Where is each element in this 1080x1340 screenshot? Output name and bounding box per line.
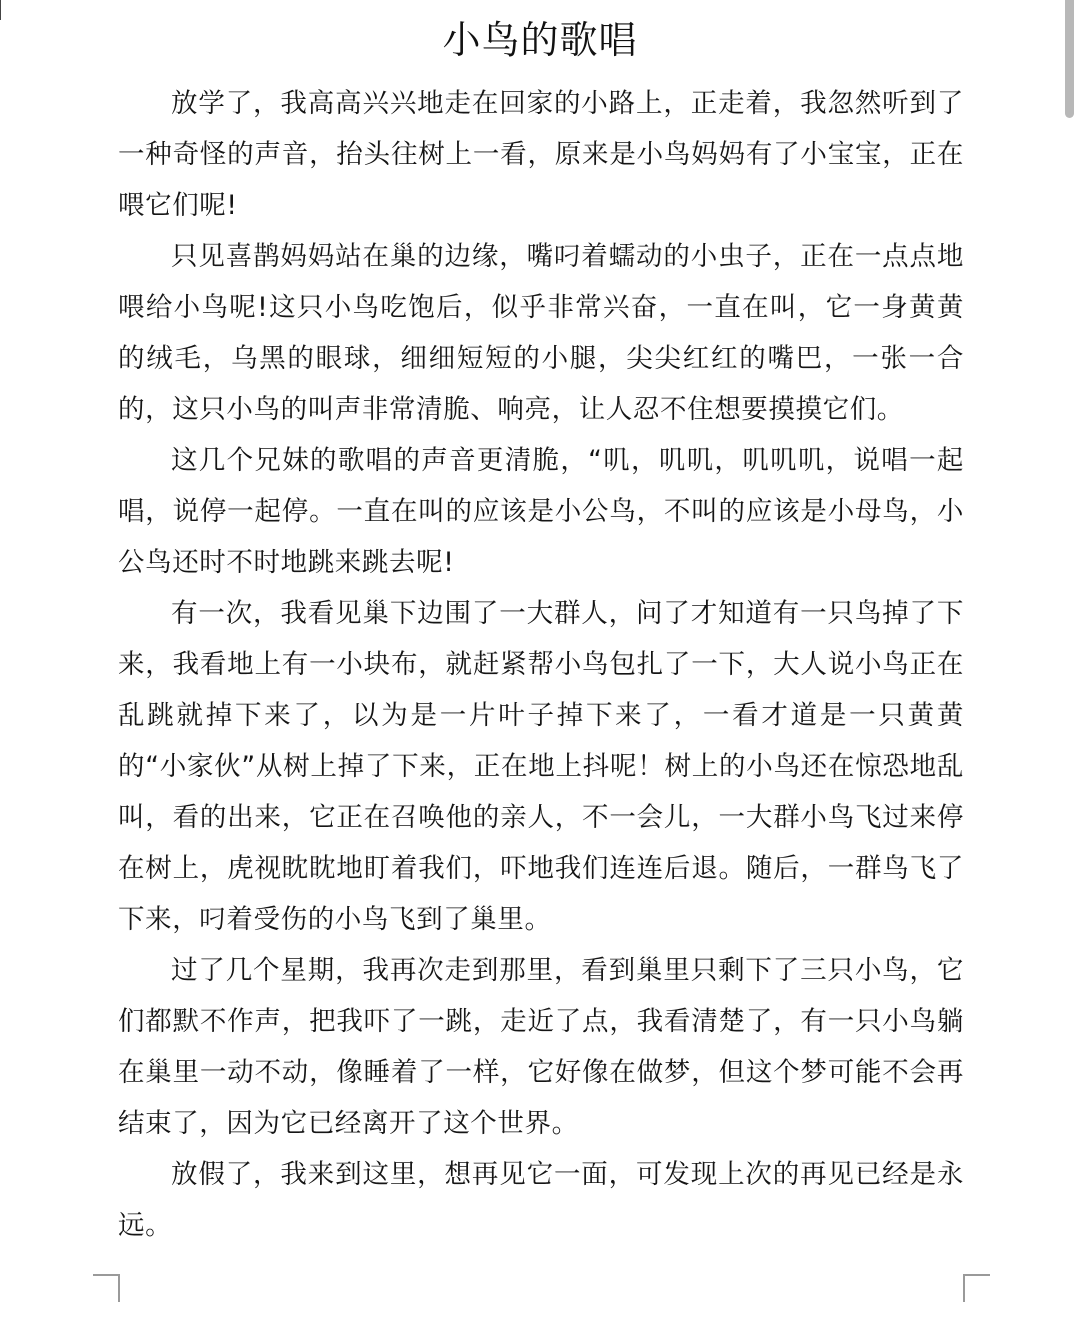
paragraph-1: 放学了，我高高兴兴地走在回家的小路上，正走着，我忽然听到了一种奇怪的声音，抬头往…	[118, 78, 964, 231]
paragraph-2: 只见喜鹊妈妈站在巢的边缘，嘴叼着蠕动的小虫子，正在一点点地喂给小鸟呢!这只小鸟吃…	[118, 231, 964, 435]
page-margin-corner-mark-left	[93, 1274, 120, 1302]
paragraph-4: 有一次，我看见巢下边围了一大群人，问了才知道有一只鸟掉了下来，我看地上有一小块布…	[118, 588, 964, 945]
document-page: 小鸟的歌唱 放学了，我高高兴兴地走在回家的小路上，正走着，我忽然听到了一种奇怪的…	[0, 0, 1080, 1340]
vertical-scrollbar[interactable]	[1058, 0, 1080, 1340]
document-title: 小鸟的歌唱	[0, 14, 1080, 66]
paragraph-6: 放假了，我来到这里，想再见它一面，可发现上次的再见已经是永远。	[118, 1149, 964, 1251]
paragraph-5: 过了几个星期，我再次走到那里，看到巢里只剩下了三只小鸟，它们都默不作声，把我吓了…	[118, 945, 964, 1149]
document-body: 放学了，我高高兴兴地走在回家的小路上，正走着，我忽然听到了一种奇怪的声音，抬头往…	[118, 78, 964, 1251]
scrollbar-thumb[interactable]	[1065, 0, 1074, 118]
page-margin-corner-mark-right	[963, 1274, 990, 1302]
paragraph-3: 这几个兄妹的歌唱的声音更清脆，“叽，叽叽，叽叽叽，说唱一起唱，说停一起停。一直在…	[118, 435, 964, 588]
